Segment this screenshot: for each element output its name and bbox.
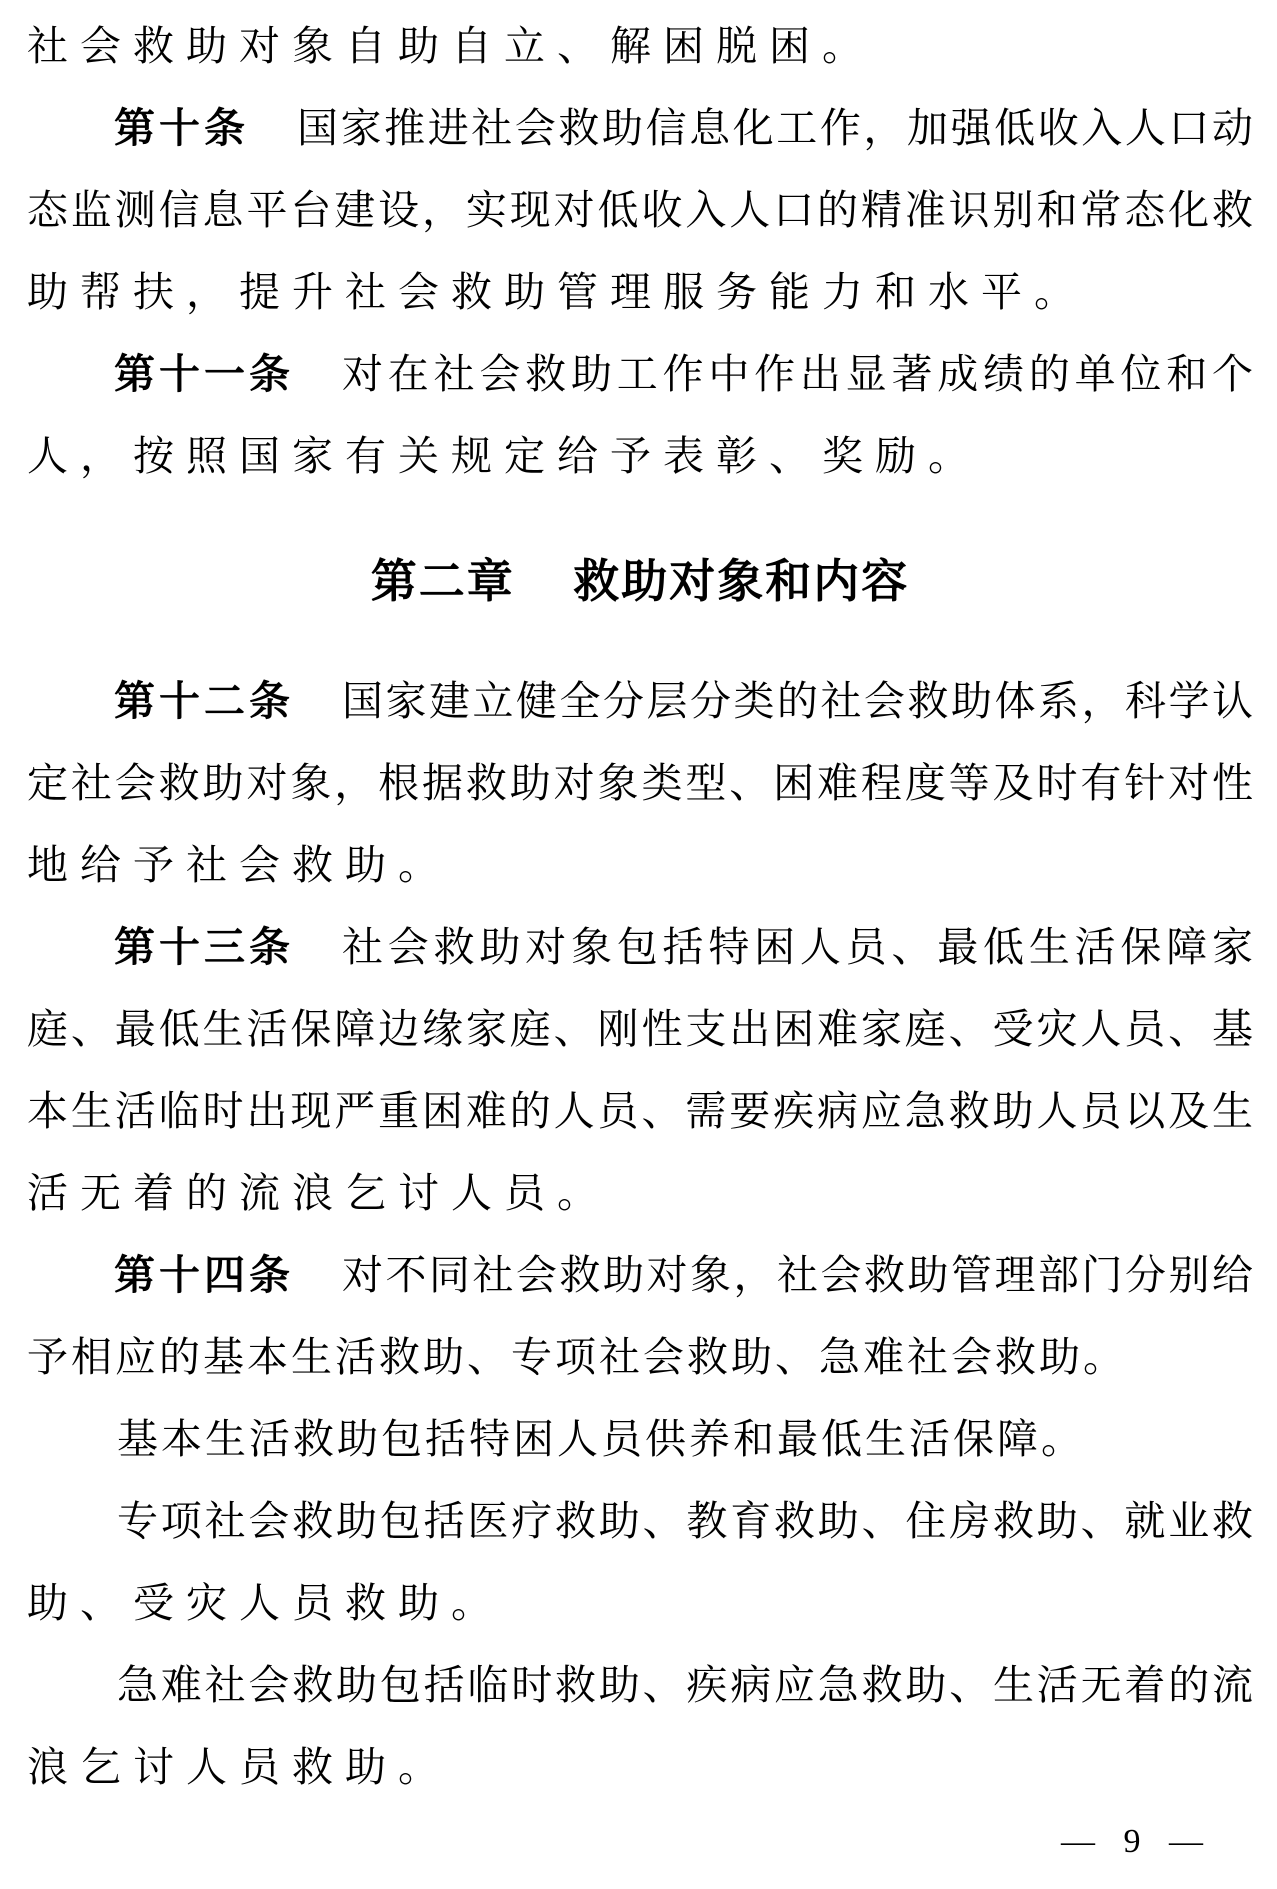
footer-dash-left-icon: — bbox=[1061, 1823, 1095, 1860]
chapter-heading: 第二章 救助对象和内容 bbox=[27, 541, 1253, 623]
article-text: 对在社会救助工作中作出显著成绩的单位和个 bbox=[342, 333, 1253, 415]
chapter-number: 第二章 bbox=[371, 556, 515, 607]
article-number-label: 第十一条 bbox=[114, 333, 294, 415]
justified-line: 庭、最低生活保障边缘家庭、刚性支出困难家庭、受灾人员、基 bbox=[27, 988, 1253, 1070]
article-number-label: 第十二条 bbox=[114, 660, 294, 742]
article-number-label: 第十四条 bbox=[114, 1234, 294, 1316]
indented-paragraph-line: 基本生活救助包括特困人员供养和最低生活保障。 bbox=[117, 1398, 1253, 1480]
article-text: 国家建立健全分层分类的社会救助体系，科学认 bbox=[342, 660, 1253, 742]
article-line: 第十条 国家推进社会救助信息化工作，加强低收入人口动 bbox=[27, 87, 1253, 169]
paragraph-end-line: 予相应的基本生活救助、专项社会救助、急难社会救助。 bbox=[27, 1316, 1253, 1398]
article-line: 第十一条 对在社会救助工作中作出显著成绩的单位和个 bbox=[27, 333, 1253, 415]
justified-line: 本生活临时出现严重困难的人员、需要疾病应急救助人员以及生 bbox=[27, 1070, 1253, 1152]
paragraph-end-line: 社会救助对象自助自立、解困脱困。 bbox=[27, 5, 1253, 87]
indented-justified-line: 急难社会救助包括临时救助、疾病应急救助、生活无着的流 bbox=[117, 1644, 1253, 1726]
article-text: 社会救助对象包括特困人员、最低生活保障家 bbox=[342, 906, 1253, 988]
paragraph-end-line: 人，按照国家有关规定给予表彰、奖励。 bbox=[27, 415, 1253, 497]
article-text: 国家推进社会救助信息化工作，加强低收入人口动 bbox=[297, 87, 1253, 169]
article-line: 第十二条 国家建立健全分层分类的社会救助体系，科学认 bbox=[27, 660, 1253, 742]
justified-line: 态监测信息平台建设，实现对低收入人口的精准识别和常态化救 bbox=[27, 169, 1253, 251]
page-footer: — 9 — bbox=[27, 1822, 1253, 1862]
justified-line: 定社会救助对象，根据救助对象类型、困难程度等及时有针对性 bbox=[27, 742, 1253, 824]
paragraph-end-line: 地给予社会救助。 bbox=[27, 824, 1253, 906]
paragraph-end-line: 活无着的流浪乞讨人员。 bbox=[27, 1152, 1253, 1234]
article-number-label: 第十条 bbox=[114, 87, 249, 169]
paragraph-end-line: 助、受灾人员救助。 bbox=[27, 1562, 1253, 1644]
document-page: 社会救助对象自助自立、解困脱困。 第十条 国家推进社会救助信息化工作，加强低收入… bbox=[0, 0, 1277, 1889]
article-line: 第十三条 社会救助对象包括特困人员、最低生活保障家 bbox=[27, 906, 1253, 988]
article-text: 对不同社会救助对象，社会救助管理部门分别给 bbox=[342, 1234, 1253, 1316]
indented-justified-line: 专项社会救助包括医疗救助、教育救助、住房救助、就业救 bbox=[117, 1480, 1253, 1562]
paragraph-end-line: 浪乞讨人员救助。 bbox=[27, 1726, 1253, 1808]
article-number-label: 第十三条 bbox=[114, 906, 294, 988]
footer-dash-right-icon: — bbox=[1169, 1823, 1203, 1860]
chapter-title: 救助对象和内容 bbox=[573, 556, 909, 607]
article-line: 第十四条 对不同社会救助对象，社会救助管理部门分别给 bbox=[27, 1234, 1253, 1316]
page-number: 9 bbox=[1124, 1823, 1141, 1860]
paragraph-end-line: 助帮扶，提升社会救助管理服务能力和水平。 bbox=[27, 251, 1253, 333]
